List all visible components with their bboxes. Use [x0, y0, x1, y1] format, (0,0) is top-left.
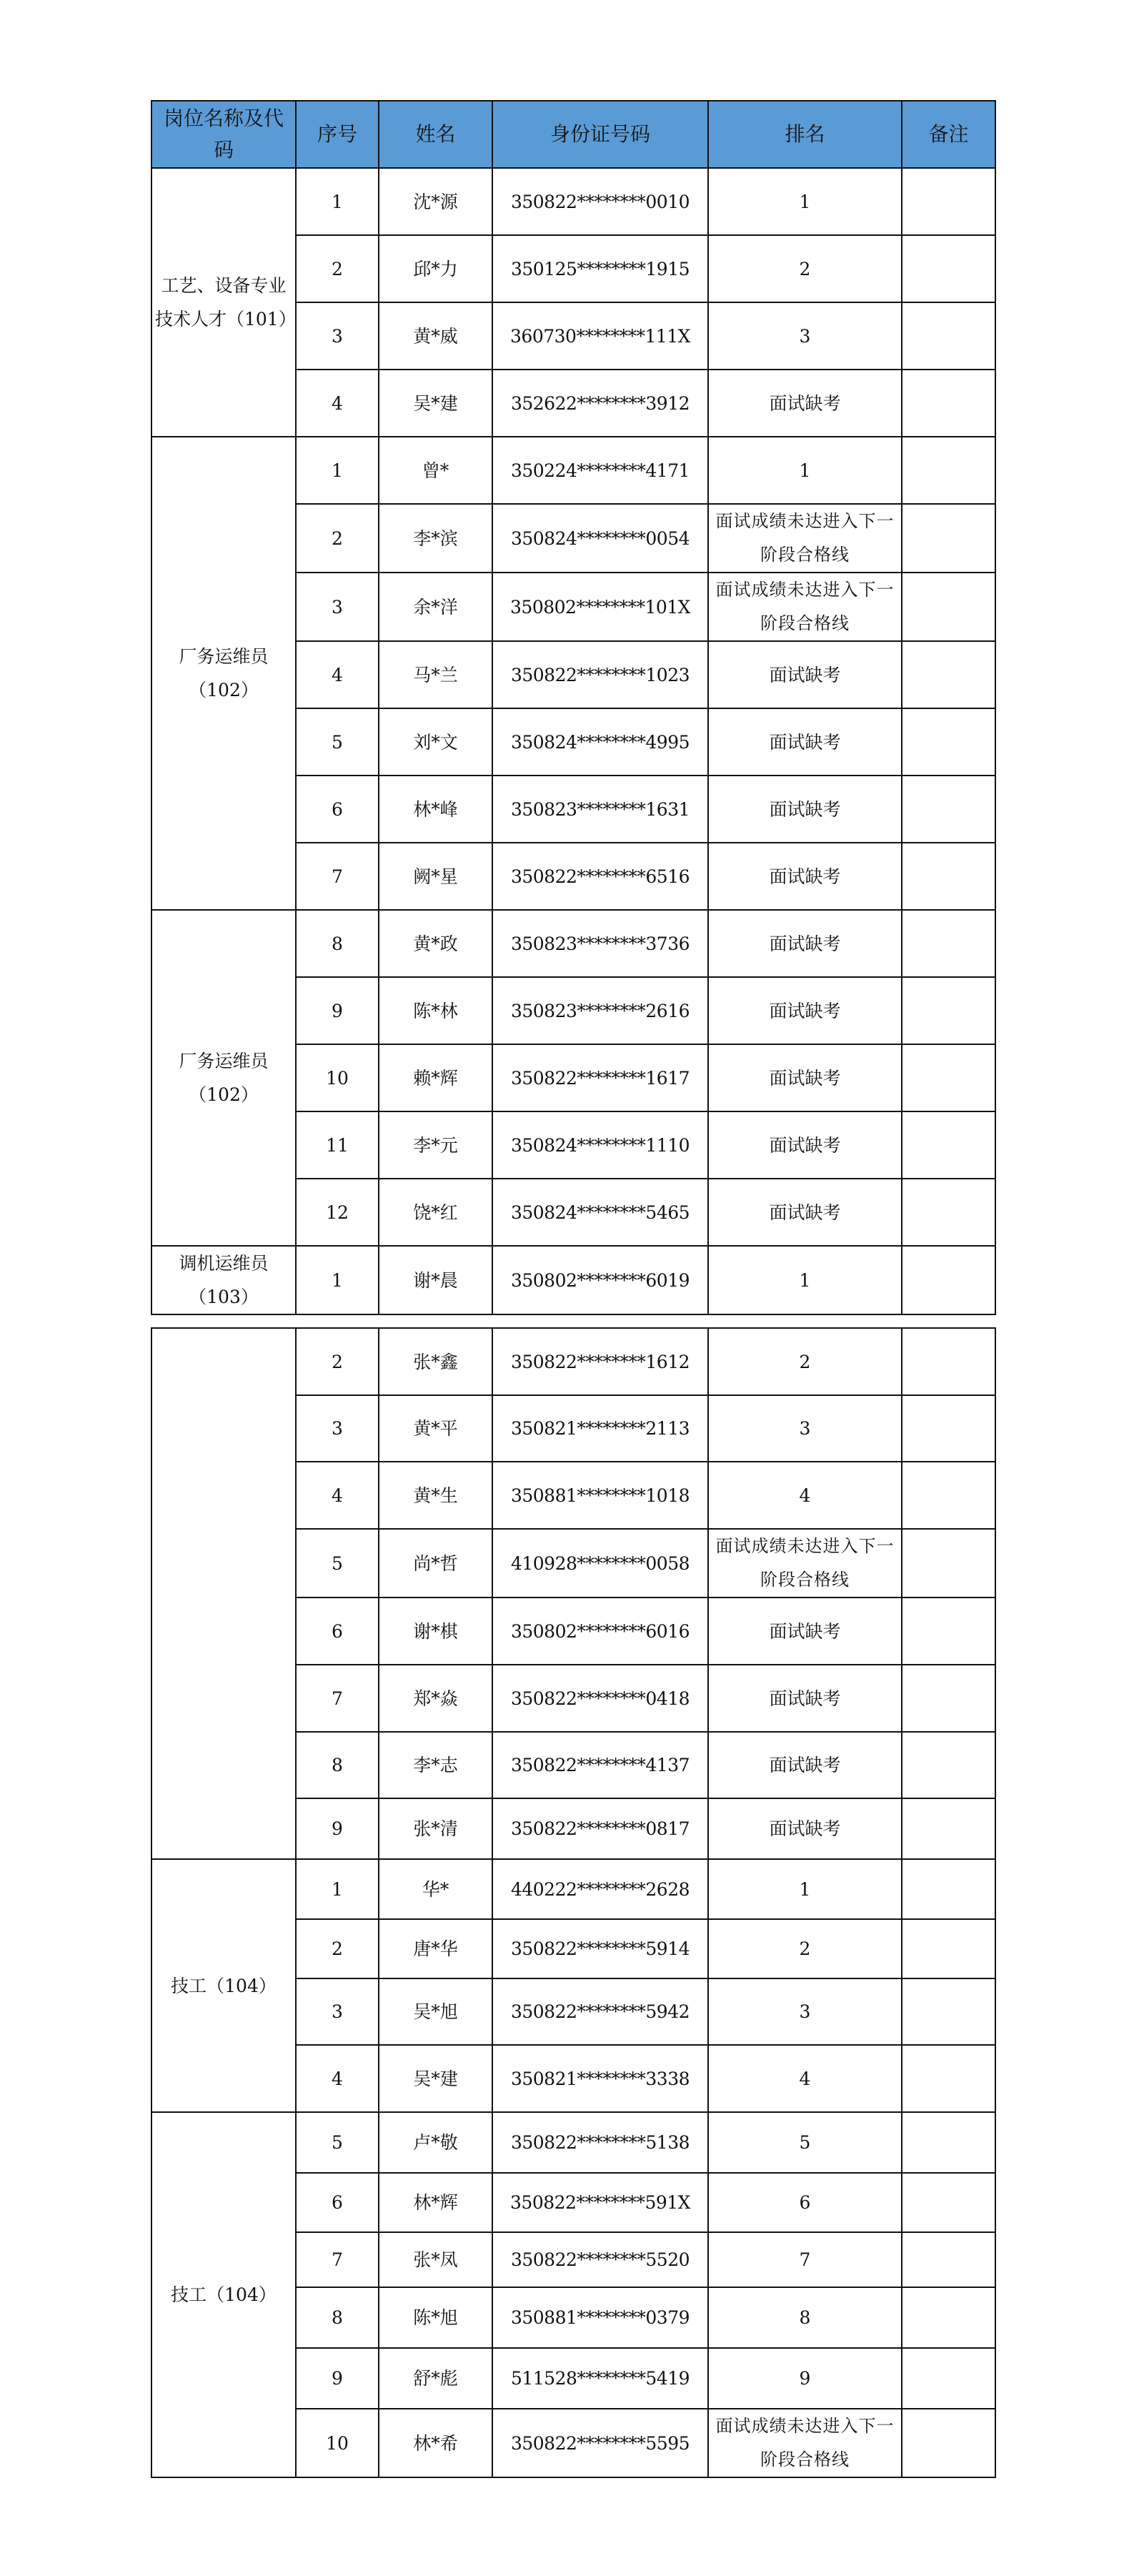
id-number-cell: 352622********3912	[492, 370, 708, 437]
position-cell: 技工（104）	[151, 1859, 296, 2112]
id-number-cell: 350822********0817	[492, 1798, 708, 1859]
id-number-cell: 350822********1612	[492, 1328, 708, 1395]
seq-cell: 6	[296, 2173, 379, 2232]
id-number-cell: 350822********5942	[492, 1978, 708, 2045]
name-cell: 李*滨	[379, 504, 492, 573]
position-cell: 技工（104）	[151, 2112, 296, 2477]
position-cell: 厂务运维员（102）	[151, 910, 296, 1246]
rank-cell: 面试成绩未达进入下一阶段合格线	[708, 2409, 902, 2477]
seq-cell: 11	[296, 1111, 379, 1179]
rank-cell: 3	[708, 1395, 902, 1462]
table-row: 厂务运维员（102）8黄*政350823********3736面试缺考	[151, 910, 995, 977]
note-cell	[902, 1246, 995, 1314]
table-row: 2张*鑫350822********16122	[151, 1328, 995, 1395]
id-number-cell: 350823********1631	[492, 776, 708, 843]
name-cell: 黄*平	[379, 1395, 492, 1462]
note-cell	[902, 910, 995, 977]
id-number-cell: 350824********0054	[492, 504, 708, 573]
seq-cell: 1	[296, 1859, 379, 1919]
seq-cell: 2	[296, 504, 379, 573]
position-cell: 调机运维员（103）	[151, 1246, 296, 1314]
seq-cell: 4	[296, 1462, 379, 1529]
seq-cell: 9	[296, 1798, 379, 1859]
note-cell	[902, 1732, 995, 1798]
note-cell	[902, 573, 995, 641]
rank-cell: 1	[708, 1859, 902, 1919]
note-cell	[902, 504, 995, 573]
note-cell	[902, 2173, 995, 2232]
seq-cell: 3	[296, 302, 379, 370]
note-cell	[902, 977, 995, 1044]
seq-cell: 7	[296, 843, 379, 910]
id-number-cell: 350802********6016	[492, 1597, 708, 1665]
table-body: 工艺、设备专业技术人才（101）1沈*源350822********001012…	[151, 168, 995, 1314]
seq-cell: 3	[296, 573, 379, 641]
rank-cell: 面试缺考	[708, 843, 902, 910]
name-cell: 林*辉	[379, 2173, 492, 2232]
name-cell: 刘*文	[379, 708, 492, 776]
name-cell: 陈*旭	[379, 2287, 492, 2348]
header-position: 岗位名称及代码	[151, 101, 296, 168]
name-cell: 吴*建	[379, 2045, 492, 2112]
seq-cell: 9	[296, 977, 379, 1044]
rank-cell: 8	[708, 2287, 902, 2348]
seq-cell: 6	[296, 776, 379, 843]
note-cell	[902, 1665, 995, 1732]
table-row: 调机运维员（103）1谢*晨350802********60191	[151, 1246, 995, 1314]
note-cell	[902, 776, 995, 843]
id-number-cell: 350822********4137	[492, 1732, 708, 1798]
id-number-cell: 350802********6019	[492, 1246, 708, 1314]
note-cell	[902, 2112, 995, 2173]
name-cell: 华*	[379, 1859, 492, 1919]
header-rank: 排名	[708, 101, 902, 168]
rank-cell: 面试成绩未达进入下一阶段合格线	[708, 573, 902, 641]
note-cell	[902, 302, 995, 370]
id-number-cell: 350822********1023	[492, 641, 708, 708]
note-cell	[902, 1529, 995, 1597]
rank-cell: 面试成绩未达进入下一阶段合格线	[708, 504, 902, 573]
note-cell	[902, 1978, 995, 2045]
id-number-cell: 350824********4995	[492, 708, 708, 776]
name-cell: 谢*晨	[379, 1246, 492, 1314]
rank-cell: 面试缺考	[708, 1111, 902, 1179]
note-cell	[902, 1111, 995, 1179]
id-number-cell: 350881********1018	[492, 1462, 708, 1529]
name-cell: 张*凤	[379, 2232, 492, 2287]
rank-cell: 3	[708, 1978, 902, 2045]
header-row: 岗位名称及代码 序号 姓名 身份证号码 排名 备注	[151, 101, 995, 168]
id-number-cell: 350822********5520	[492, 2232, 708, 2287]
note-cell	[902, 235, 995, 302]
name-cell: 黄*政	[379, 910, 492, 977]
name-cell: 余*洋	[379, 573, 492, 641]
name-cell: 李*元	[379, 1111, 492, 1179]
name-cell: 唐*华	[379, 1919, 492, 1978]
name-cell: 沈*源	[379, 168, 492, 235]
rank-cell: 面试缺考	[708, 1665, 902, 1732]
id-number-cell: 350822********5138	[492, 2112, 708, 2173]
rank-cell: 2	[708, 1328, 902, 1395]
rank-cell: 面试缺考	[708, 370, 902, 437]
note-cell	[902, 1328, 995, 1395]
name-cell: 赖*辉	[379, 1044, 492, 1111]
position-cell	[151, 1328, 296, 1859]
id-number-cell: 350821********2113	[492, 1395, 708, 1462]
note-cell	[902, 2045, 995, 2112]
note-cell	[902, 2348, 995, 2409]
rank-cell: 9	[708, 2348, 902, 2409]
id-number-cell: 350881********0379	[492, 2287, 708, 2348]
note-cell	[902, 1395, 995, 1462]
seq-cell: 9	[296, 2348, 379, 2409]
results-table-page-2: 2张*鑫350822********161223黄*平350821*******…	[151, 1327, 996, 2478]
id-number-cell: 360730********111X	[492, 302, 708, 370]
id-number-cell: 350224********4171	[492, 437, 708, 504]
seq-cell: 2	[296, 235, 379, 302]
rank-cell: 面试缺考	[708, 1798, 902, 1859]
position-cell: 工艺、设备专业技术人才（101）	[151, 168, 296, 437]
name-cell: 张*清	[379, 1798, 492, 1859]
seq-cell: 3	[296, 1395, 379, 1462]
table-row: 技工（104）1华*440222********26281	[151, 1859, 995, 1919]
rank-cell: 2	[708, 235, 902, 302]
seq-cell: 1	[296, 168, 379, 235]
id-number-cell: 350822********0010	[492, 168, 708, 235]
header-id-number: 身份证号码	[492, 101, 708, 168]
name-cell: 黄*威	[379, 302, 492, 370]
id-number-cell: 350822********6516	[492, 843, 708, 910]
seq-cell: 8	[296, 2287, 379, 2348]
seq-cell: 5	[296, 2112, 379, 2173]
seq-cell: 3	[296, 1978, 379, 2045]
id-number-cell: 511528********5419	[492, 2348, 708, 2409]
rank-cell: 面试缺考	[708, 1179, 902, 1246]
id-number-cell: 350822********1617	[492, 1044, 708, 1111]
note-cell	[902, 2287, 995, 2348]
rank-cell: 面试缺考	[708, 641, 902, 708]
table-row: 厂务运维员（102）1曾*350224********41711	[151, 437, 995, 504]
note-cell	[902, 1462, 995, 1529]
name-cell: 邱*力	[379, 235, 492, 302]
seq-cell: 8	[296, 910, 379, 977]
id-number-cell: 350822********5914	[492, 1919, 708, 1978]
seq-cell: 4	[296, 2045, 379, 2112]
name-cell: 阙*星	[379, 843, 492, 910]
name-cell: 马*兰	[379, 641, 492, 708]
name-cell: 曾*	[379, 437, 492, 504]
header-note: 备注	[902, 101, 995, 168]
id-number-cell: 350821********3338	[492, 2045, 708, 2112]
results-table-page-1: 岗位名称及代码 序号 姓名 身份证号码 排名 备注 工艺、设备专业技术人才（10…	[151, 100, 996, 1315]
rank-cell: 面试缺考	[708, 1044, 902, 1111]
table-row: 工艺、设备专业技术人才（101）1沈*源350822********00101	[151, 168, 995, 235]
rank-cell: 5	[708, 2112, 902, 2173]
name-cell: 李*志	[379, 1732, 492, 1798]
name-cell: 饶*红	[379, 1179, 492, 1246]
note-cell	[902, 1597, 995, 1665]
seq-cell: 10	[296, 2409, 379, 2477]
seq-cell: 5	[296, 1529, 379, 1597]
rank-cell: 面试成绩未达进入下一阶段合格线	[708, 1529, 902, 1597]
rank-cell: 面试缺考	[708, 1732, 902, 1798]
note-cell	[902, 1798, 995, 1859]
seq-cell: 1	[296, 437, 379, 504]
table-row: 技工（104）5卢*敬350822********51385	[151, 2112, 995, 2173]
id-number-cell: 350823********2616	[492, 977, 708, 1044]
id-number-cell: 350822********0418	[492, 1665, 708, 1732]
rank-cell: 4	[708, 2045, 902, 2112]
rank-cell: 4	[708, 1462, 902, 1529]
rank-cell: 面试缺考	[708, 1597, 902, 1665]
name-cell: 林*峰	[379, 776, 492, 843]
rank-cell: 6	[708, 2173, 902, 2232]
id-number-cell: 350824********1110	[492, 1111, 708, 1179]
seq-cell: 4	[296, 641, 379, 708]
note-cell	[902, 370, 995, 437]
id-number-cell: 410928********0058	[492, 1529, 708, 1597]
header-name: 姓名	[379, 101, 492, 168]
seq-cell: 6	[296, 1597, 379, 1665]
rank-cell: 面试缺考	[708, 708, 902, 776]
name-cell: 谢*棋	[379, 1597, 492, 1665]
seq-cell: 7	[296, 1665, 379, 1732]
rank-cell: 面试缺考	[708, 910, 902, 977]
note-cell	[902, 708, 995, 776]
note-cell	[902, 1919, 995, 1978]
name-cell: 卢*敬	[379, 2112, 492, 2173]
id-number-cell: 350802********101X	[492, 573, 708, 641]
rank-cell: 3	[708, 302, 902, 370]
seq-cell: 5	[296, 708, 379, 776]
note-cell	[902, 1859, 995, 1919]
name-cell: 黄*生	[379, 1462, 492, 1529]
note-cell	[902, 641, 995, 708]
id-number-cell: 350125********1915	[492, 235, 708, 302]
name-cell: 吴*建	[379, 370, 492, 437]
note-cell	[902, 843, 995, 910]
seq-cell: 2	[296, 1919, 379, 1978]
header-no: 序号	[296, 101, 379, 168]
rank-cell: 2	[708, 1919, 902, 1978]
seq-cell: 7	[296, 2232, 379, 2287]
note-cell	[902, 437, 995, 504]
table-body: 2张*鑫350822********161223黄*平350821*******…	[151, 1328, 995, 2477]
note-cell	[902, 2409, 995, 2477]
seq-cell: 2	[296, 1328, 379, 1395]
id-number-cell: 350822********591X	[492, 2173, 708, 2232]
name-cell: 尚*哲	[379, 1529, 492, 1597]
rank-cell: 1	[708, 1246, 902, 1314]
seq-cell: 12	[296, 1179, 379, 1246]
rank-cell: 1	[708, 168, 902, 235]
seq-cell: 10	[296, 1044, 379, 1111]
rank-cell: 面试缺考	[708, 776, 902, 843]
position-cell: 厂务运维员（102）	[151, 437, 296, 910]
name-cell: 吴*旭	[379, 1978, 492, 2045]
name-cell: 陈*林	[379, 977, 492, 1044]
name-cell: 林*希	[379, 2409, 492, 2477]
seq-cell: 4	[296, 370, 379, 437]
name-cell: 舒*彪	[379, 2348, 492, 2409]
name-cell: 郑*焱	[379, 1665, 492, 1732]
rank-cell: 7	[708, 2232, 902, 2287]
note-cell	[902, 1179, 995, 1246]
note-cell	[902, 168, 995, 235]
id-number-cell: 350822********5595	[492, 2409, 708, 2477]
rank-cell: 1	[708, 437, 902, 504]
seq-cell: 1	[296, 1246, 379, 1314]
id-number-cell: 440222********2628	[492, 1859, 708, 1919]
id-number-cell: 350824********5465	[492, 1179, 708, 1246]
seq-cell: 8	[296, 1732, 379, 1798]
note-cell	[902, 2232, 995, 2287]
note-cell	[902, 1044, 995, 1111]
rank-cell: 面试缺考	[708, 977, 902, 1044]
name-cell: 张*鑫	[379, 1328, 492, 1395]
id-number-cell: 350823********3736	[492, 910, 708, 977]
